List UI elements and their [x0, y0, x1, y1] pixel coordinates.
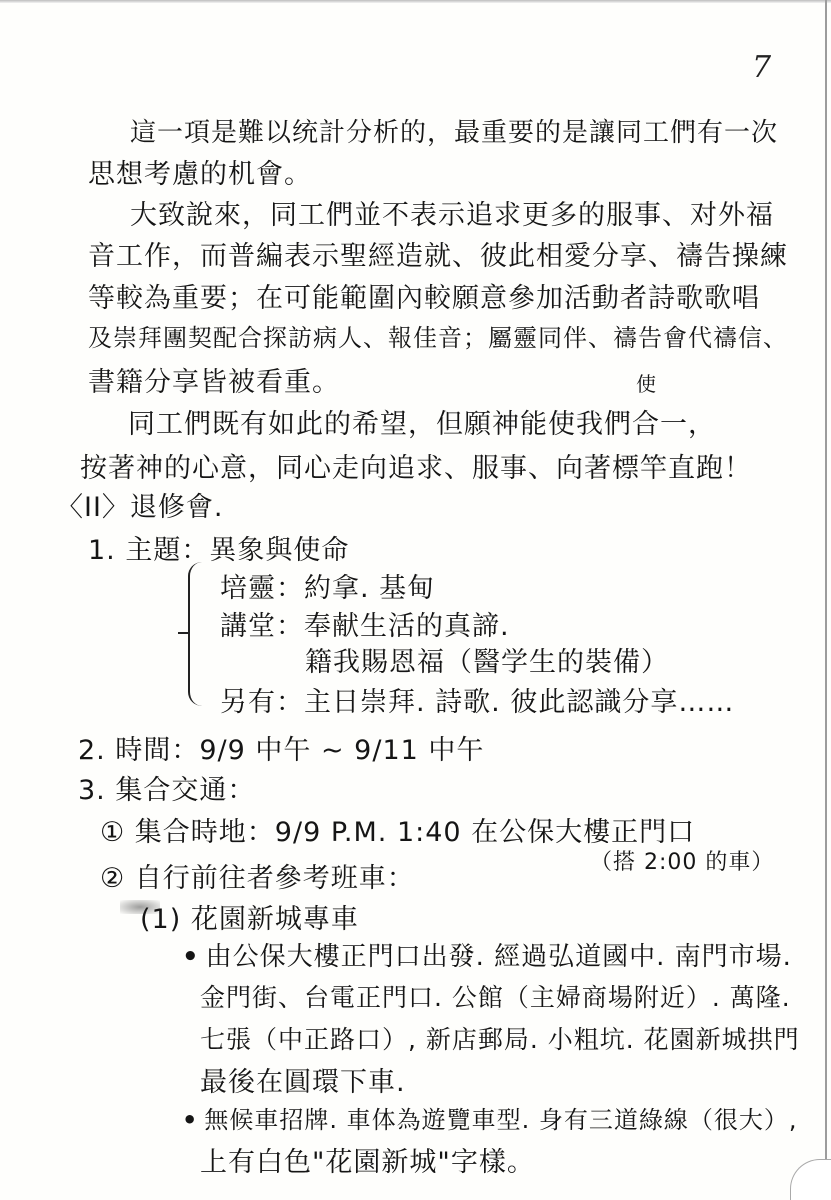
brace-tip	[178, 632, 190, 634]
route-line-3: 七張（中正路口）, 新店郵局. 小粗坑. 花園新城拱門	[200, 1020, 800, 1056]
insertion-mark: 使	[636, 368, 656, 397]
time-label: 2. 時間：	[78, 735, 199, 766]
detail-label: 培靈：	[220, 573, 304, 604]
theme-label-text: 1. 主題：	[88, 535, 209, 566]
detail-value: 奉献生活的真諦.	[304, 611, 510, 642]
meeting-label: ① 集合時地：	[100, 817, 275, 848]
page-number: 7	[752, 50, 771, 85]
detail-lecture-2: 籍我賜恩福（醫学生的裝備）	[305, 640, 669, 679]
paragraph-2-line-1: 大致說來，同工們並不表示追求更多的服事、对外福	[130, 193, 774, 232]
meeting-note: （搭 2:00 的車）	[590, 845, 774, 876]
bullet-dot: •	[182, 942, 200, 972]
page-top-edge	[0, 0, 831, 3]
paragraph-2-line-3: 等較為重要；在可能範圍內較願意參加活動者詩歌歌唱	[88, 276, 760, 315]
self-travel-item: ② 自行前往者參考班車：	[100, 856, 415, 895]
page-corner-curl	[790, 1159, 831, 1200]
detail-label: 另有：	[220, 687, 304, 718]
meeting-value: 9/9 P.M. 1:40 在公保大樓正門口	[275, 817, 695, 848]
paragraph-3-line-1: 同工們既有如此的希望，但願神能使我們合一，	[128, 402, 716, 441]
detail-value: 約拿. 基甸	[304, 573, 435, 604]
brace-bracket	[188, 562, 206, 706]
paragraph-1-line-2: 思想考慮的机會。	[88, 152, 312, 191]
bus-desc-line-1: •無候車招牌. 車体為遊覽車型. 身有三道綠線（很大）,	[182, 1100, 798, 1135]
page-right-edge	[825, 0, 827, 1170]
bus-desc-line-2: 上有白色"花園新城"字樣。	[200, 1140, 535, 1179]
document-page: 7 這一項是難以统計分析的，最重要的是讓同工們有一次 思想考慮的机會。 大致說來…	[0, 0, 831, 1200]
route-line-4: 最後在圓環下車.	[200, 1060, 406, 1099]
bus-desc-text: 無候車招牌. 車体為遊覽車型. 身有三道綠線（很大）,	[204, 1106, 797, 1134]
route-line-1: •由公保大樓正門口出發. 經過弘道國中. 南門市場.	[182, 936, 792, 973]
theme-label: 1. 主題：異象與使命	[88, 528, 349, 567]
detail-spiritual: 培靈：約拿. 基甸	[220, 566, 435, 605]
route-line-2: 金門街、台電正門口. 公館（主婦商場附近）. 萬隆.	[200, 978, 791, 1014]
section-heading: 〈II〉退修會.	[56, 485, 224, 524]
theme-value: 異象與使命	[209, 535, 349, 566]
paragraph-2-line-4: 及崇拜團契配合探訪病人、報佳音；屬靈同伴、禱告會代禱信、	[88, 318, 788, 353]
meeting-place: ① 集合時地：9/9 P.M. 1:40 在公保大樓正門口	[100, 810, 695, 849]
time-item: 2. 時間：9/9 中午 ~ 9/11 中午	[78, 728, 484, 767]
paragraph-1-line-1: 這一項是難以统計分析的，最重要的是讓同工們有一次	[130, 112, 778, 149]
paragraph-3-line-2: 按著神的心意，同心走向追求、服事、向著標竿直跑！	[80, 446, 752, 485]
paragraph-2-line-2: 音工作，而普編表示聖經造就、彼此相愛分享、禱告操練	[88, 234, 788, 273]
detail-value: 主日崇拜. 詩歌. 彼此認識分享……	[304, 687, 734, 718]
detail-label: 講堂：	[220, 611, 304, 642]
paragraph-2-line-5: 書籍分享皆被看重。	[88, 360, 340, 399]
bus-heading: (1) 花園新城專車	[140, 897, 359, 936]
time-value: 9/9 中午 ~ 9/11 中午	[199, 735, 484, 766]
detail-other: 另有：主日崇拜. 詩歌. 彼此認識分享……	[220, 680, 734, 719]
detail-lecture: 講堂：奉献生活的真諦.	[220, 604, 510, 643]
route-text: 由公保大樓正門口出發. 經過弘道國中. 南門市場.	[206, 942, 792, 972]
transport-heading: 3. 集合交通：	[78, 768, 255, 807]
bullet-dot: •	[182, 1106, 198, 1134]
